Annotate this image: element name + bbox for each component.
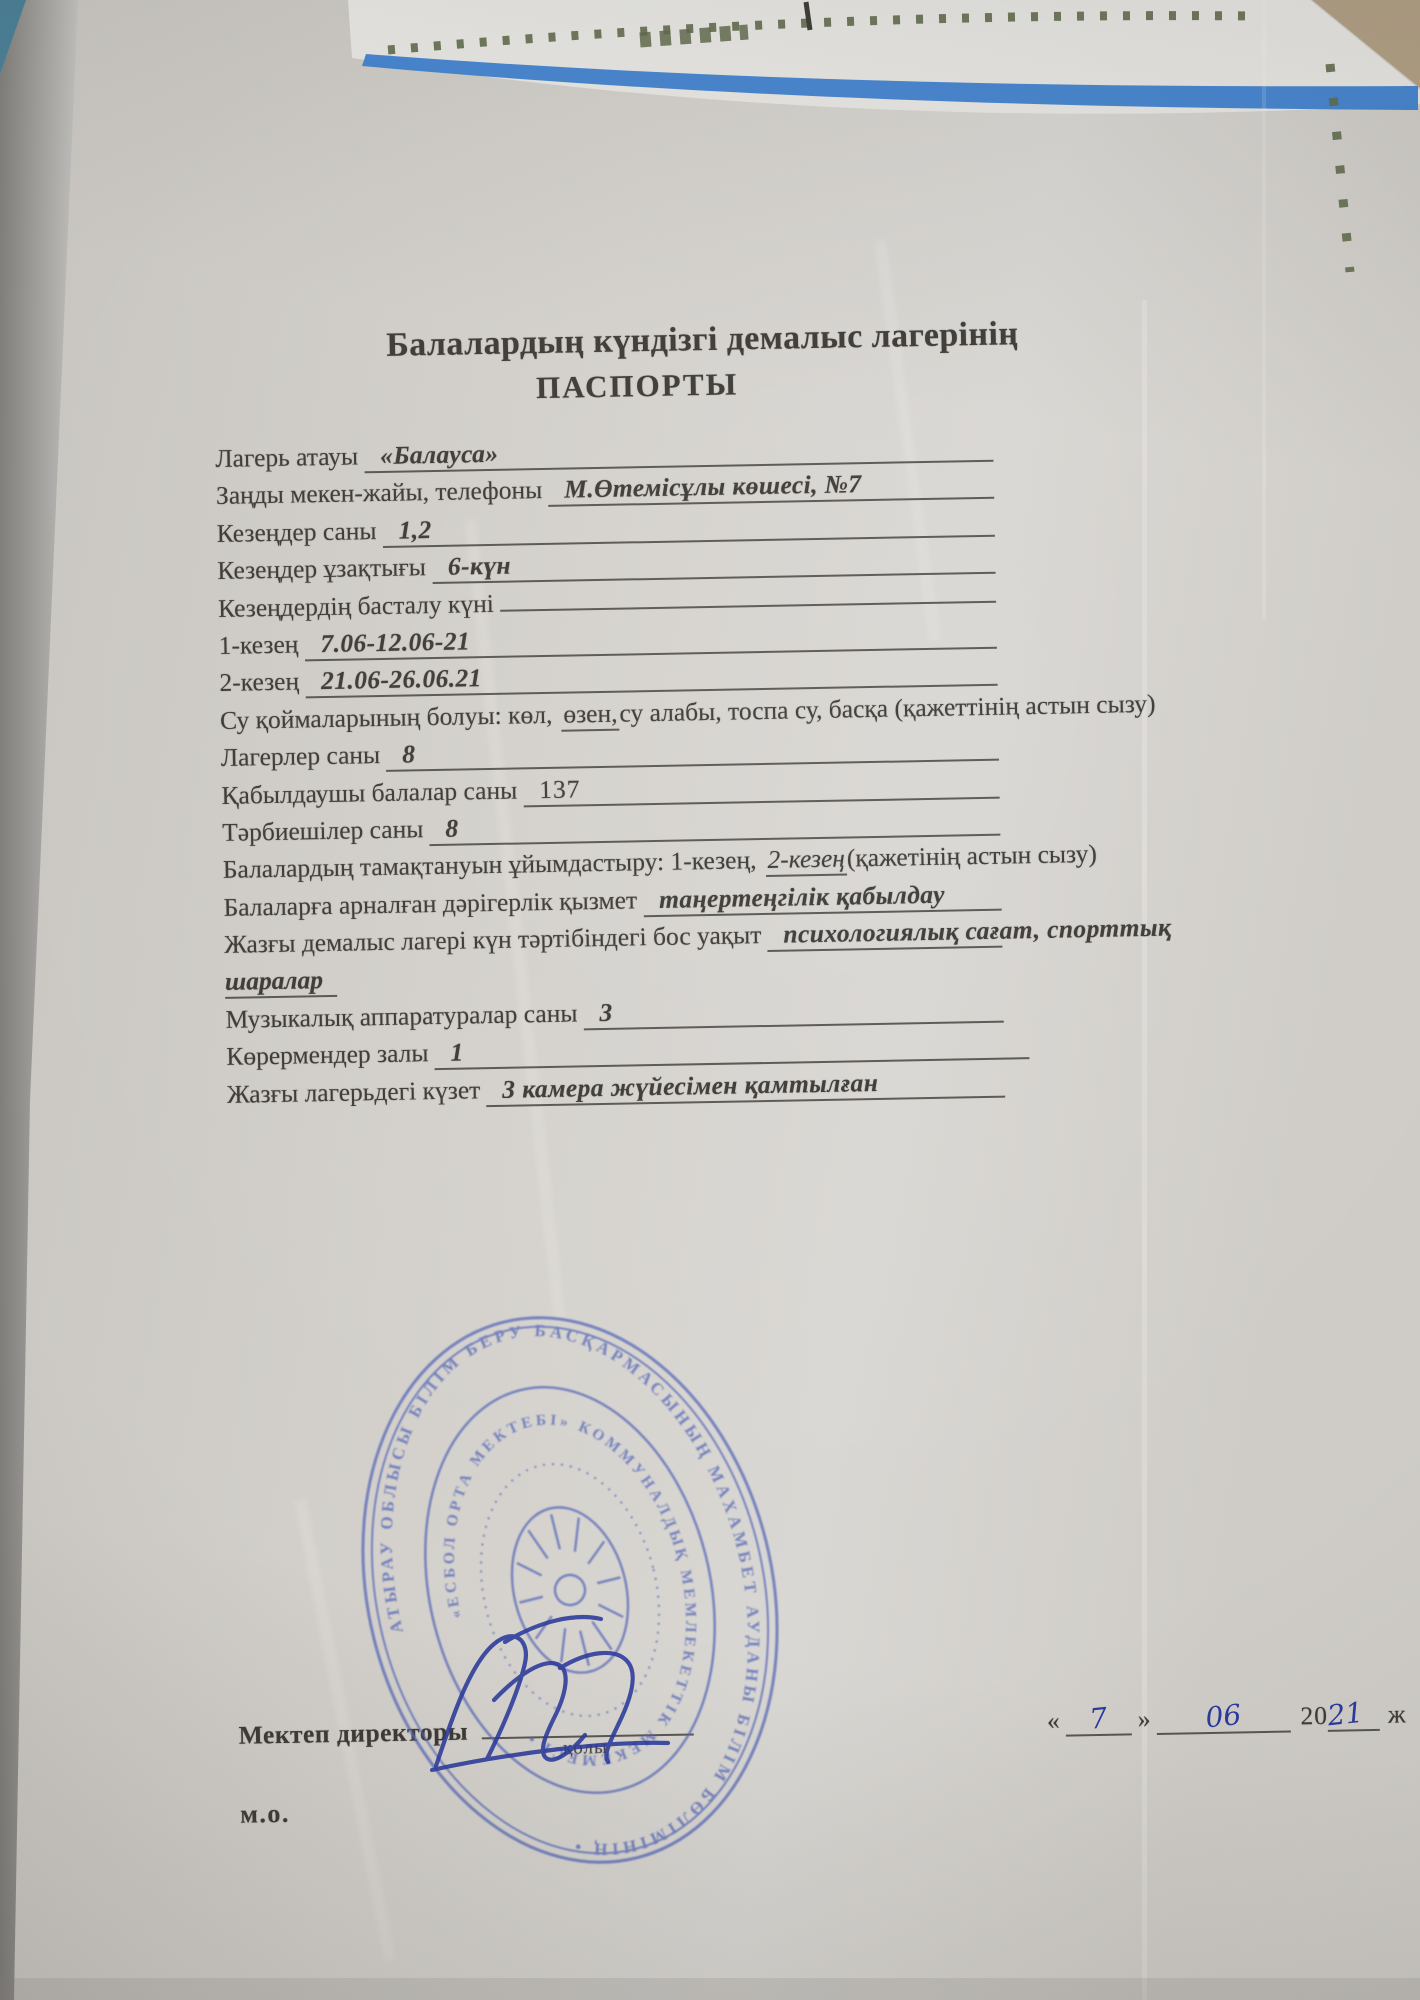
- date-group: « 7 » 06 20 21 ж: [1041, 1696, 1406, 1737]
- date-day-handwritten: 7: [1088, 1701, 1109, 1736]
- signature-line: қолы: [482, 1703, 695, 1739]
- field-value-handwritten: 7.06-12.06-21: [320, 626, 470, 658]
- signature-caption: қолы: [563, 1737, 608, 1760]
- field-label: 1-кезең: [218, 629, 304, 661]
- field-value-typed: 137: [539, 774, 581, 804]
- document-title-line1: Балалардың күндізгі демалыс лагерінің: [386, 315, 1019, 365]
- seal-place-label: м.о.: [240, 1799, 290, 1830]
- field-label: Лагерь атауы: [215, 441, 364, 474]
- field-value-handwritten: 6-күн: [448, 551, 512, 581]
- year-suffix: ж: [1380, 1699, 1406, 1729]
- date-month-handwritten: 06: [1204, 1698, 1243, 1735]
- meals-text-suffix: (қажетінің астын сызу): [847, 839, 1097, 874]
- field-value-handwritten: «Балауса»: [380, 439, 499, 470]
- field-value-handwritten-continued: шаралар: [225, 965, 338, 999]
- field-value-handwritten: 1: [450, 1038, 464, 1067]
- meals-underlined-choice: 2-кезең: [765, 844, 847, 877]
- field-label: Қабылдаушы балалар саны: [221, 775, 523, 811]
- document-title-line2: ПАСПОРТЫ: [536, 366, 739, 406]
- field-underline: 3: [583, 991, 1004, 1031]
- field-underline: «Балауса»: [364, 430, 994, 474]
- field-label: Көрермендер залы: [226, 1038, 435, 1072]
- quote-close: »: [1131, 1704, 1156, 1734]
- quote-open: «: [1041, 1706, 1066, 1736]
- director-label: Мектеп директоры: [238, 1717, 468, 1751]
- passport-document-page: Балалардың күндізгі демалыс лагерінің ПА…: [0, 0, 1420, 2000]
- water-text-prefix: Су қоймаларының болуы: көл,: [220, 699, 562, 735]
- field-label: Кезеңдердің басталу күні: [218, 588, 500, 623]
- field-label: Лагерлер саны: [221, 740, 387, 773]
- field-label: Жазғы лагерьдегі күзет: [227, 1075, 487, 1110]
- field-value-handwritten: 21.06-26.06.21: [321, 663, 482, 695]
- water-underlined-choice: өзен,: [561, 698, 620, 731]
- field-value-handwritten: 3 камера жүйесімен қамтылған: [502, 1068, 878, 1104]
- field-label: Музыкалық аппаратуралар саны: [225, 998, 583, 1035]
- date-year-handwritten: 21: [1326, 1696, 1365, 1733]
- field-value-handwritten: таңертеңгілік қабылдау: [659, 879, 945, 913]
- date-day-underline: 7: [1065, 1701, 1132, 1736]
- field-label: Кезеңдер ұзақтығы: [217, 552, 432, 586]
- date-year-underline: 21: [1328, 1697, 1381, 1732]
- passport-form: Лагерь атауы «Балауса» Заңды мекен-жайы,…: [215, 430, 1005, 1117]
- year-century-printed: 20: [1290, 1701, 1328, 1732]
- field-underline: таңертеңгілік қабылдау: [643, 878, 1002, 917]
- field-underline: психологиялық сағат, спорттық: [767, 916, 1002, 952]
- date-month-underline: 06: [1156, 1699, 1291, 1735]
- field-label: Заңды мекен-жайы, телефоны: [216, 475, 549, 511]
- field-label: Тәрбиешілер саны: [222, 814, 430, 848]
- field-underline: М.Өтемісұлы көшесі, №7: [548, 467, 994, 507]
- field-label: Балаларға арналған дәрігерлік қызмет: [223, 885, 643, 923]
- field-label: 2-кезең: [219, 667, 305, 699]
- field-value-handwritten: 1,2: [398, 515, 432, 545]
- field-label: Кезеңдер саны: [216, 516, 382, 549]
- field-value-handwritten: 8: [402, 740, 416, 769]
- signature-footer-row: Мектеп директоры қолы « 7 » 06 20 21 ж: [238, 1690, 1406, 1751]
- field-value-handwritten: 8: [445, 814, 459, 843]
- field-value-handwritten: М.Өтемісұлы көшесі, №7: [564, 470, 862, 504]
- field-underline: [500, 600, 996, 611]
- field-value-handwritten: психологиялық сағат, спорттық: [783, 913, 1171, 949]
- field-value-handwritten: 3: [599, 998, 613, 1027]
